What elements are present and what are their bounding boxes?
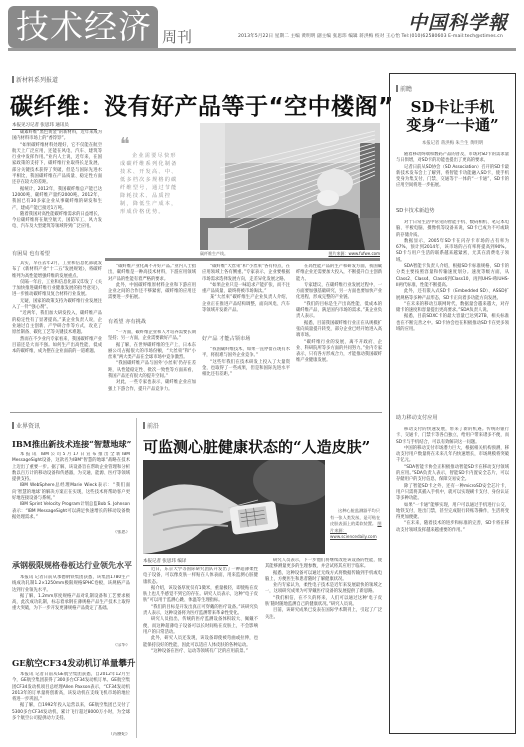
news-headline-ge: GE航空CF34发动机订单量攀升 [12,657,135,669]
masthead-info-line: 2013年5月22日 星期二 主编 黄明明 副主编 张思玮 编辑 蒋洪梅 校对 … [238,33,503,39]
section-divider [10,412,382,413]
column-divider [136,418,137,738]
paragraph: “我们的目标是开发出真正可穿戴的医疗设备。”该研究负责人表示，这种设备将为医疗监… [143,605,258,618]
industry-news-kicker: 业界资讯 [12,421,40,430]
frontier-body-left: 近日，东京大学等国际研究团队开发出了一种超薄柔性电子设备，可以像皮肤一样贴在人体… [143,567,258,737]
paragraph: 据了解，1.2mm厚度规格产品对轧制设备和工艺要求极高，此次成功轧制，标志着承钢… [12,594,130,613]
section-title: 技术经济 [16,8,152,46]
lead-body-col3: “碳纤维“大丝束”和“小丝束”各有特点，在应用领域上各有侧重。”专家表示，企业要… [202,264,290,330]
lead-subhead-1: 有困局 也有希望 [12,250,50,257]
sidebar-kicker: 前瞻 [396,84,412,93]
kicker-bar-icon [12,422,14,429]
sidebar-section-1: 对于日常生活中常见的智能手机、数码相机、笔记本电脑、平板电脑、摄像机等设备来说，… [396,220,509,402]
paragraph: 然而在不少业内专家看来，我国碳纤维产业目前还是大而不强。如何生产出高性能、低成本… [12,337,102,356]
paragraph: 此外，中国碳纤维原材料企业和下游应用企业之间的合作还不够紧密，碳纤维的应用还需要… [108,283,196,302]
paragraph: 据了解，自1992年投入运营以来，GE航空集团已交付了5300多台CF34发动机… [12,703,130,722]
paragraph: 据介绍，该设备厚度仅有1微米，重量极轻，即使贴在皮肤上也几乎感觉不到它的存在。研… [143,586,258,605]
lead-body-col1: 碳素纤维“黑色黄金”的新材料，近年来成为国内材料市场上的“香饽饽”。 “如果碳纤… [12,130,102,248]
paragraph: SDA智能卡负责人介绍，根据SD卡标准规格，SD卡的分类主要按照容量和传输速度划… [396,264,509,289]
news-end-chenggang: （宗华） [12,643,130,650]
author-mark: （张思） [113,530,130,535]
sidebar-box: 前瞻 SD卡让手机 变身“一卡通” 本报记者 蒋洪梅 朱兰生 黄明明 随着移动终… [389,73,516,734]
paragraph: 此外，还有嵌入式SD卡（Embedded SD）、ASSD扩展规格等多种产品形态… [396,289,509,302]
sidebar-headline-line1: SD卡让手机 [390,98,515,116]
pull-quote: ❝ 企业需要尽快形成碳纤维系列化制备技术、开发高、中、低多档次多规格的碳纤维型号… [120,138,182,238]
paragraph: 据了解，在世界碳纤维的生产上，日本东丽公司占据很大的市场份额，“大丝束”和“小丝… [108,343,196,362]
frontier-byline: 本报记者 张思玮 编译 [143,558,228,566]
paragraph: 移动支付的快速发展，带来了新的机遇。传统的银行卡、交通卡、门禁卡等各自独立，给用… [396,427,509,446]
paragraph: 本报讯 IBM公司5月17日宣布推出全新IBM MessageSight设备，这… [12,452,130,483]
artificial-skin-photo [143,460,325,554]
news-end-ibm: （张思） [12,530,130,537]
carbon-fiber-photo-caption: 碳纤维生产线。 图片来源：www.fufwe.com [200,251,380,257]
news-end-ge: （冯丽妃） [12,732,130,739]
paragraph: “这些年我们在技术研发上投入了大量资金，也取得了一些成果，但是和国际先进水平相比… [202,360,290,379]
paragraph: 如果“一卡通”能够实现，用户可以通过手机进行公交、地铁支付，进出门禁，甚至完成银… [396,503,509,522]
paragraph: “我国碳纤维技术，如果一直停留在现有水平，将很难与国外企业竞争。” [202,347,290,360]
lead-kicker: 新材料系列报道 [12,75,58,84]
author-mark: （冯丽妃） [109,732,130,737]
paragraph: IBM Sprint Velocity Program计划总监Bob S. Jo… [12,502,130,521]
lead-body-col4: 在高性能产品的生产和研发方面，我国碳纤维企业还需要加大投入，不断提升自主创新能力… [296,264,382,408]
sidebar-intro: 随着移动终端和数码产品的普及，市场对SD卡的需求量与日俱增，对SD卡的功能也提出… [396,152,509,202]
paragraph: 本报讯 记者日前从承德钢铁集团获悉，该集团1780生产线成功轧制1.2×1250… [12,575,130,594]
paragraph: 此外，研究人员还发现，该设备即使被弯曲或拉伸，也能保持良好的性能，因此可以适应人… [143,636,258,649]
paragraph: 某“大丝束”碳纤维生产企业负责人介绍，企业正在推进产品结构调整，面向风电、汽车等… [202,295,290,314]
lead-headline: 碳纤维：没有好产品等于“空中楼阁” [10,88,394,121]
sidebar-byline: 本报记者 蒋洪梅 朱兰生 黄明明 [390,140,515,146]
sidebar-kicker-label: 前瞻 [400,84,412,93]
news-headline-ibm: IBM推出新技术连接“智慧地球” [12,439,131,450]
paragraph: “在未来，随着技术的进步和标准的完善，SD卡将在移动支付领域发挥越来越重要的作用… [396,521,509,534]
paragraph: “如果碳纤维材料处理好，它不仅能在航空航天上广泛应用，还能在风电、汽车、建筑等行… [12,143,102,187]
lead-body-col2: “碳纤维产业化离不开好产品。”业内人士指出，碳纤维是一种高技术材料，下游应用领域… [108,264,196,314]
paragraph: “这种设备在医疗、运动等领域有广泛的应用前景。” [143,649,258,655]
kicker-bar-icon [12,76,14,83]
carbon-fiber-photo [200,123,380,250]
photo-caption-text: 这种心脏监测器平均只有一张人类发丝，是可贴在皮肤表面上的柔软装置。 [330,508,380,526]
paragraph: “一方面，碳纤维企业和人才培养需要长期坚持；另一方面，企业需要做好产品。” [108,330,196,343]
frontier-headline: 可监测心脏健康状态的“人造皮肤” [143,436,370,457]
paragraph: 随着我国对高性能碳纤维需求的日益增长，今后碳纤维将在航空航天、国防军工、风力发电… [12,212,102,231]
paragraph: 随着移动终端和数码产品的普及，市场对SD卡的需求量与日俱增，对SD卡的功能也提出… [396,152,509,165]
artificial-skin-photo-illustration [143,460,325,554]
paragraph: 对于日常生活中常见的智能手机、数码相机、笔记本电脑、平板电脑、摄像机等设备来说，… [396,220,509,239]
paragraph: 近日，东京大学等国际研究团队开发出了一种超薄柔性电子设备，可以像皮肤一样贴在人体… [143,567,258,586]
paragraph: 研究人员指出，传统的医疗监测设备体积较大、佩戴不便，而这种超薄电子设备可以长时间… [143,617,258,636]
masthead: 技术经济 周刊 中国科学報 2013年5月22日 星期二 主编 黄明明 副主编 … [0,0,524,52]
news-headline-chenggang: 承钢极限规格卷板达行业领先水平 [12,560,132,571]
paragraph: “在未来的移动互联网时代，数据量会越来越大，对存储卡的速度和容量提出更高要求。”… [396,302,509,315]
lead-byline: 本报见习记者 张思玮 通讯员 [12,122,97,130]
quote-mark-icon: ❝ [120,138,182,152]
paragraph: “碳纤维“大丝束”和“小丝束”各有特点，在应用领域上各有侧重。”专家表示，企业要… [202,264,290,283]
lead-subhead-3: 好产品 才能占领市场 [202,335,250,342]
paragraph: “我们的目标是生产出高性能、低成本的碳纤维产品，满足国内市场的需求。”某企业负责… [296,302,382,321]
paragraph: 目前，该研究成果已发表在国际学术期刊上，引起了广泛关注。 [265,608,382,621]
photo-caption-text: 碳纤维生产线。 [200,251,228,257]
paragraph: “碳纤维行业的发展，离不开政府、企业、科研院所等多方面的共同努力。”业内专家表示… [296,340,382,365]
newspaper-logo: 中国科学報 [408,8,508,35]
section-rule [105,258,380,261]
sidebar-section-2: 移动支付的快速发展，带来了新的机遇。传统的银行卡、交通卡、门禁卡等各自独立，给用… [396,427,509,727]
section-subtitle: 周刊 [162,26,192,47]
frontier-kicker: 前沿 [143,421,159,430]
kicker-bar-icon [396,85,398,92]
paragraph: “我国碳纤维产品与国外‘小丝束’仍存在差距，从性能稳定性、批次一致性等方面来看，… [108,361,196,380]
kicker-bar-icon [143,422,145,429]
masthead-rule [8,48,516,51]
news-body-ge: 本报讯 记者日前从GE航空集团获悉，自2012年12月至今，GE航空集团获得了3… [12,672,130,732]
paragraph: 业内专家认为，柔性电子技术是近年来发展最快的领域之一，这项研究成果为可穿戴医疗设… [265,583,382,596]
paragraph: “我们相信，在不久的将来，人们可以通过这种‘电子皮肤’随时随地监测自己的健康状况… [265,596,382,609]
paragraph: 本报讯 记者日前从GE航空集团获悉，自2012年12月至今，GE航空集团获得了3… [12,672,130,703]
paragraph: 仅隔一年后，工业和信息化部又印发了《关于加快推进碳纤维行业健康发展的指导意见》，… [12,280,102,299]
frontier-body-right: 研究人员表示，下一步他们将继续改进该设备的性能，使其能够测量更多的生理参数，并尝… [265,558,382,736]
paragraph: 对此，一些专家也表示，碳纤维企业应加强上下游合作，提升产品竞争力。 [108,380,196,393]
paragraph: 据统计，2012年，我国碳纤维总产能已达12000吨，碳纤维产量约2000吨。2… [12,187,102,212]
paragraph: 研究人员表示，下一步他们将继续改进该设备的性能，使其能够测量更多的生理参数，并尝… [265,558,382,571]
sidebar-subhead-2: 助力移动支付应用 [396,414,438,421]
news-body-chenggang: 本报讯 记者日前从承德钢铁集团获悉，该集团1780生产线成功轧制1.2×1250… [12,575,130,643]
paragraph: “近两年，我们加大研发投入，碳纤维产品的稳定性有了显著提高。”某企业负责人说，企… [12,311,102,336]
lead-body-col1b: 其实，早在去年2月，工业和信息化部就发布了《新材料产业“十二五”发展规划》，将碳… [12,261,102,406]
paragraph: 记者日前从SD协会（SD Association）召开的SD卡最新技术发布会上了… [396,165,509,190]
sidebar-subhead-1: SD卡技术新趋势 [396,207,434,214]
paragraph: “碳纤维产业化离不开好产品。”业内人士指出，碳纤维是一种高技术材料，下游应用领域… [108,264,196,283]
author-mark: （宗华） [113,643,130,648]
paragraph: 据悉，目前SDXC卡的最大容量已达到2TB，相关标准也在不断完善之中。SD卡协会… [396,314,509,333]
industry-news-kicker-label: 业界资讯 [16,421,40,430]
artificial-skin-photo-caption: 这种心脏监测器平均只有一张人类发丝，是可贴在皮肤表面上的柔软装置。 图片来源：w… [330,508,382,541]
lead-body-col2b: “一方面，碳纤维企业和人才培养需要长期坚持；另一方面，企业需要做好产品。” 据了… [108,330,196,408]
paragraph: 数据显示，2005年SD卡在闪存卡市场的占有率为67%，预计到2014年，该市场… [396,239,509,264]
lead-subhead-2: 有希望 亦有挑战 [108,318,146,325]
sidebar-headline-line2: 变身“一卡通” [390,116,515,134]
paragraph: 其实，早在去年2月，工业和信息化部就发布了《新材料产业“十二五”发展规划》，将碳… [12,261,102,280]
paragraph: “SDA智能卡协会正积极推动智能SD卡在移动支付领域的应用。”SDA负责人表示，… [396,465,509,484]
paragraph: 在高性能产品的生产和研发方面，我国碳纤维企业还需要加大投入，不断提升自主创新能力… [296,264,382,283]
frontier-kicker-label: 前沿 [147,421,159,430]
paragraph: IBM WebSphere总经理Marie Wieck表示：“我们面向‘智慧的地… [12,483,130,502]
paragraph: 除了智能SD卡之外，还有一种microSD安全芯片卡，用户只需将其插入手机中，就… [396,484,509,503]
carbon-fiber-photo-illustration [200,123,380,250]
photo-credit: 图片来源：www.fufwe.com [328,251,380,257]
paragraph: “如果企业只是一味追求产能扩张，而不注重产品质量，最终将被市场淘汰。” [202,283,290,296]
paragraph: 无疑，国家的政策支持为碳纤维行业发展注入了一针“强心剂”。 [12,299,102,312]
paragraph: 中国的移动支付市场潜力巨大，根据相关机构预测，移动支付用户数量将在未来几年内快速… [396,446,509,465]
pull-quote-text: 企业需要尽快形成碳纤维系列化制备技术、开发高、中、低多档次多规格的碳纤维型号，通… [120,152,182,216]
paragraph: 据悉，这种设备可以通过无线方式将数据传输到手机或电脑上，方便医生和患者随时了解健… [265,571,382,584]
paragraph: 据悉，目前我国碳纤维行业正在从规模扩张向质量提升转变，部分企业已经开始进入高端市… [296,321,382,340]
paragraph: 碳素纤维“黑色黄金”的新材料，近年来成为国内材料市场上的“香饽饽”。 [12,130,102,143]
paragraph: 专家建议，在碳纤维行业发展过程中，一方面要加强基础研究，另一方面也要加快产业化进… [296,283,382,302]
lead-kicker-label: 新材料系列报道 [16,75,58,84]
news-body-ibm: 本报讯 IBM公司5月17日宣布推出全新IBM MessageSight设备，这… [12,452,130,530]
sidebar-headline: SD卡让手机 变身“一卡通” [390,98,515,134]
lead-body-col3b: “我国碳纤维技术，如果一直停留在现有水平，将很难与国外企业竞争。” “这些年我们… [202,347,290,408]
